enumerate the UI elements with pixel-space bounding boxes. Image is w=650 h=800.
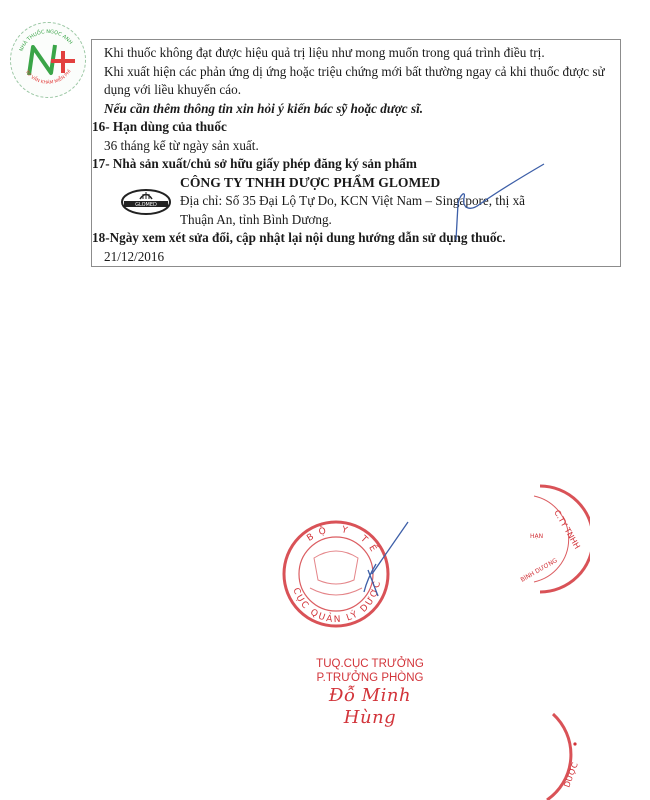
na-logo-icon: NHÀ THUỐC NGỌC ANH TƯ VẤN KHÁM MIỄN PHÍ bbox=[11, 23, 85, 97]
paragraph-line: Khi thuốc không đạt được hiệu quả trị li… bbox=[92, 44, 620, 63]
glomed-logo-icon: GLOMED bbox=[120, 188, 172, 216]
section-16-heading: 16- Hạn dùng của thuốc bbox=[92, 118, 620, 137]
svg-text:HẠN: HẠN bbox=[530, 533, 543, 540]
company-stamp-partial: C.TY TNHH HẠN BÌNH DƯƠNG bbox=[520, 482, 590, 597]
authority-title: TUQ.CỤC TRƯỞNG bbox=[300, 657, 440, 671]
bottom-stamp-partial: DƯỢC bbox=[545, 708, 605, 800]
pharmacy-watermark-logo: NHÀ THUỐC NGỌC ANH TƯ VẤN KHÁM MIỄN PHÍ bbox=[10, 22, 86, 98]
svg-text:NHÀ THUỐC NGỌC ANH: NHÀ THUỐC NGỌC ANH bbox=[19, 28, 74, 52]
authority-subtitle: P.TRƯỞNG PHÒNG bbox=[300, 671, 440, 685]
paragraph-line: Khi xuất hiện các phản ứng dị ứng hoặc t… bbox=[92, 63, 620, 82]
handwritten-signature-mark bbox=[440, 160, 550, 250]
svg-text:DƯỢC: DƯỢC bbox=[562, 761, 579, 789]
svg-text:BỘ Y TẾ: BỘ Y TẾ bbox=[305, 523, 382, 559]
ministry-stamp: BỘ Y TẾ CỤC QUẢN LÝ DƯỢC bbox=[280, 518, 410, 628]
signatory-name: Đỗ Minh Hùng bbox=[300, 685, 440, 729]
revision-date: 21/12/2016 bbox=[92, 248, 620, 267]
svg-text:C.TY TNHH: C.TY TNHH bbox=[552, 509, 581, 551]
advice-note: Nếu cần thêm thông tin xin hỏi ý kiến bá… bbox=[92, 100, 620, 119]
paragraph-line: dụng với liều khuyến cáo. bbox=[92, 81, 620, 100]
svg-text:CỤC QUẢN LÝ DƯỢC: CỤC QUẢN LÝ DƯỢC bbox=[290, 579, 383, 625]
signature-block: TUQ.CỤC TRƯỞNG P.TRƯỞNG PHÒNG Đỗ Minh Hù… bbox=[300, 657, 440, 729]
svg-text:GLOMED: GLOMED bbox=[135, 202, 157, 208]
svg-text:BÌNH DƯƠNG: BÌNH DƯƠNG bbox=[520, 557, 559, 584]
shelf-life-text: 36 tháng kể từ ngày sản xuất. bbox=[92, 137, 620, 156]
